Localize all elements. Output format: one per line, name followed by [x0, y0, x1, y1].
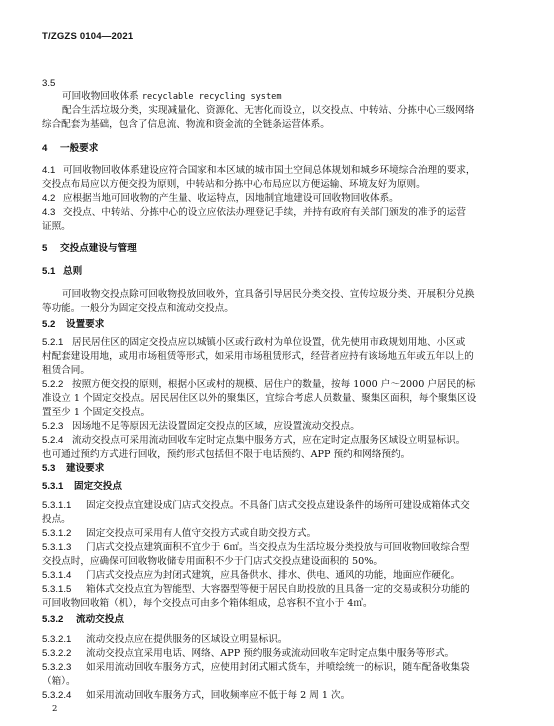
section-heading-4: 4一般要求 — [42, 143, 98, 155]
subsection-5-3-1: 5.3.1固定交投点 — [42, 481, 122, 493]
section-heading-5: 5交投点建设与管理 — [42, 243, 137, 255]
document-page: T/ZGZS 0104—2021 3.5 可回收物回收体系 recyclable… — [0, 0, 554, 726]
clause-line: 投点。 — [42, 514, 71, 526]
clause-line: 交投点时，应确保可回收物收储专用面积不少于门店式交投点建设面积的 50%。 — [42, 556, 383, 568]
clause-5-2-3: 5.2.3因场地不足等原因无法设置固定交投点的区域，应设置流动交投点。 — [42, 421, 360, 433]
clause-line: 村配套建设用地，或用市场租赁等形式，如采用市场租赁形式，经营者应持有该场地五年或… — [42, 351, 474, 363]
clause-5-2-2: 5.2.2按照方便交投的原则，根据小区或村的规模、居住户的数量，按每 1000 … — [42, 379, 475, 391]
subsection-5-2: 5.2设置要求 — [42, 319, 104, 331]
clause-5-2-1: 5.2.1居民居住区的固定交投点应以城镇小区或行政村为单位设置，优先使用市政规划… — [42, 337, 465, 349]
clause-5-3-1-2: 5.3.1.2固定交投点可采用有人值守交投方式或自助交投方式。 — [42, 528, 316, 540]
clause-5-3-2-2: 5.3.2.2流动交投点宜采用电话、网络、APP 预约服务或流动回收车定时定点集… — [42, 648, 454, 660]
clause-5-3-1-5: 5.3.1.5箱体式交投点宜为智能型、大容器型等便于居民自助投放的且具备一定的交… — [42, 584, 470, 596]
clause-line: 置至少 1 个固定交投点。 — [42, 407, 150, 419]
term-en: recyclable recycling system — [142, 92, 282, 102]
clause-line: 准设立 1 个固定交投点。居民居住区以外的聚集区，宜综合考虑人员数量、聚集区面积… — [42, 393, 476, 405]
clause-5-3-2-1: 5.3.2.1流动交投点应在提供服务的区域设立明显标识。 — [42, 634, 287, 646]
clause-4-2: 4.2应根据当地可回收物的产生量、收运特点，因地制宜地建设可回收物回收体系。 — [42, 193, 399, 205]
clause-line: 证照。 — [42, 221, 71, 233]
term-cn: 可回收物回收体系 — [62, 91, 139, 102]
clause-line: （箱）。 — [42, 676, 76, 688]
clause-line: 交投点布局应以方便交投为原则，中转站和分拣中心布局应以方便运输、环境友好为原则。 — [42, 179, 426, 191]
clause-5-3-2-3: 5.3.2.3如采用流动回收车服务方式，应使用封闭式厢式货车，并喷绘统一的标识，… — [42, 662, 470, 674]
page-number: 2 — [52, 704, 57, 714]
paragraph-line: 等功能。一般分为固定交投点和流动交投点。 — [42, 303, 234, 315]
clause-5-3-1-3: 5.3.1.3门店式交投点建筑面积不宜少于 6㎡。当交投点为生活垃圾分类投放与可… — [42, 542, 469, 554]
clause-5-2-4: 5.2.4流动交投点可采用流动回收车定时定点集中服务方式，应在定时定点服务区域设… — [42, 435, 465, 447]
subsection-5-3-2: 5.3.2流动交投点 — [42, 614, 124, 626]
clause-line: 也可通过预约方式进行回收，预约形式包括但不限于电话预约、APP 预约和网络预约。 — [42, 449, 410, 461]
clause-5-3-2-4: 5.3.2.4如采用流动回收车服务方式，回收频率应不低于每 2 周 1 次。 — [42, 690, 350, 702]
clause-4-1: 4.1可回收物回收体系建设应符合国家和本区域的城市国土空间总体规划和城乡环境综合… — [42, 165, 476, 177]
clause-number: 3.5 — [42, 78, 55, 90]
subsection-5-1: 5.1总则 — [42, 266, 82, 278]
term-title: 可回收物回收体系 recyclable recycling system — [62, 91, 282, 103]
definition-line: 综合配套为基础，包含了信息流、物流和资金流的全链条运营体系。 — [42, 119, 330, 131]
definition-line: 配合生活垃圾分类，实现减量化、资源化、无害化而设立，以交投点、中转站、分拣中心三… — [62, 105, 475, 117]
clause-5-3-1-4: 5.3.1.4门店式交投点应为封闭式建筑，应具备供水、排水、供电、通风的功能，地… — [42, 570, 460, 582]
clause-line: 可回收物回收箱（机），每个交投点可由多个箱体组成，总容积不宜小于 4㎥。 — [42, 598, 373, 610]
clause-line: 租赁合同。 — [42, 365, 90, 377]
document-id: T/ZGZS 0104—2021 — [42, 31, 133, 42]
paragraph-line: 可回收物交投点除可回收物投放回收外，宜具备引导居民分类交投、宣传垃圾分类、开展积… — [62, 289, 475, 301]
clause-5-3-1-1: 5.3.1.1固定交投点宜建设成门店式交投点。不具备门店式交投点建设条件的场所可… — [42, 500, 470, 512]
subsection-5-3: 5.3建设要求 — [42, 463, 104, 475]
clause-4-3: 4.3交投点、中转站、分拣中心的设立应依法办理登记手续，并持有政府有关部门颁发的… — [42, 207, 466, 219]
